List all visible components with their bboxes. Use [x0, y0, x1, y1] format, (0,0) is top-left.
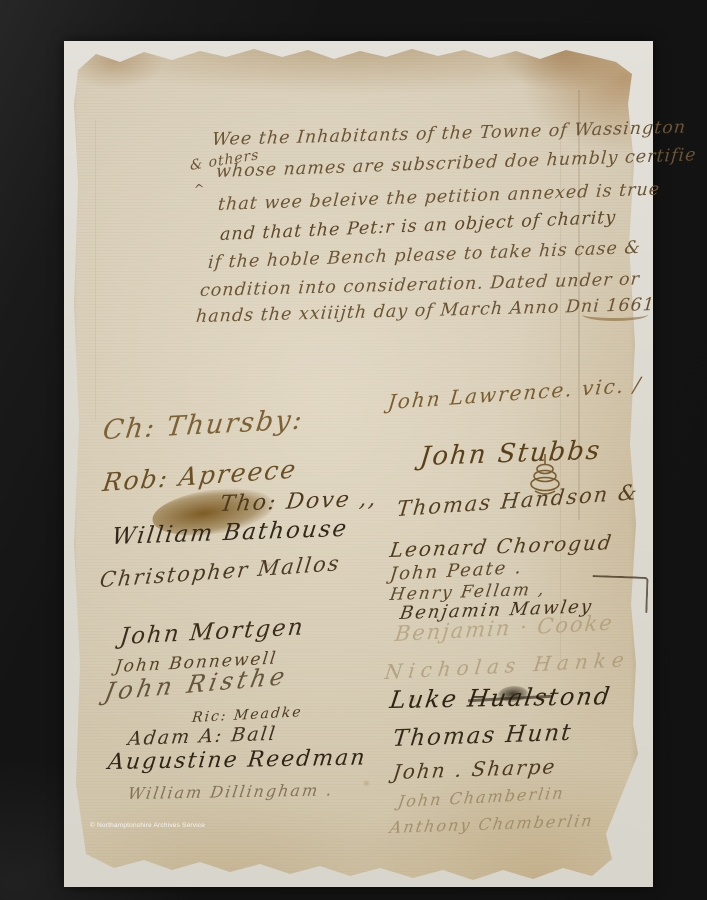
petition-caret: ^ [193, 182, 206, 198]
crease-line [95, 120, 96, 420]
photo-background: Wee the Inhabitants of the Towne of Wass… [0, 0, 707, 900]
signature: Augustine Reedman [107, 745, 368, 775]
date-flourish [582, 308, 648, 321]
signature: William Dillingham . [127, 780, 335, 803]
copyright-watermark: © Northamptonshire Archives Service [90, 822, 205, 829]
ink-bracket-mark [591, 575, 648, 613]
stubbs-flourish-doodle [525, 452, 565, 498]
